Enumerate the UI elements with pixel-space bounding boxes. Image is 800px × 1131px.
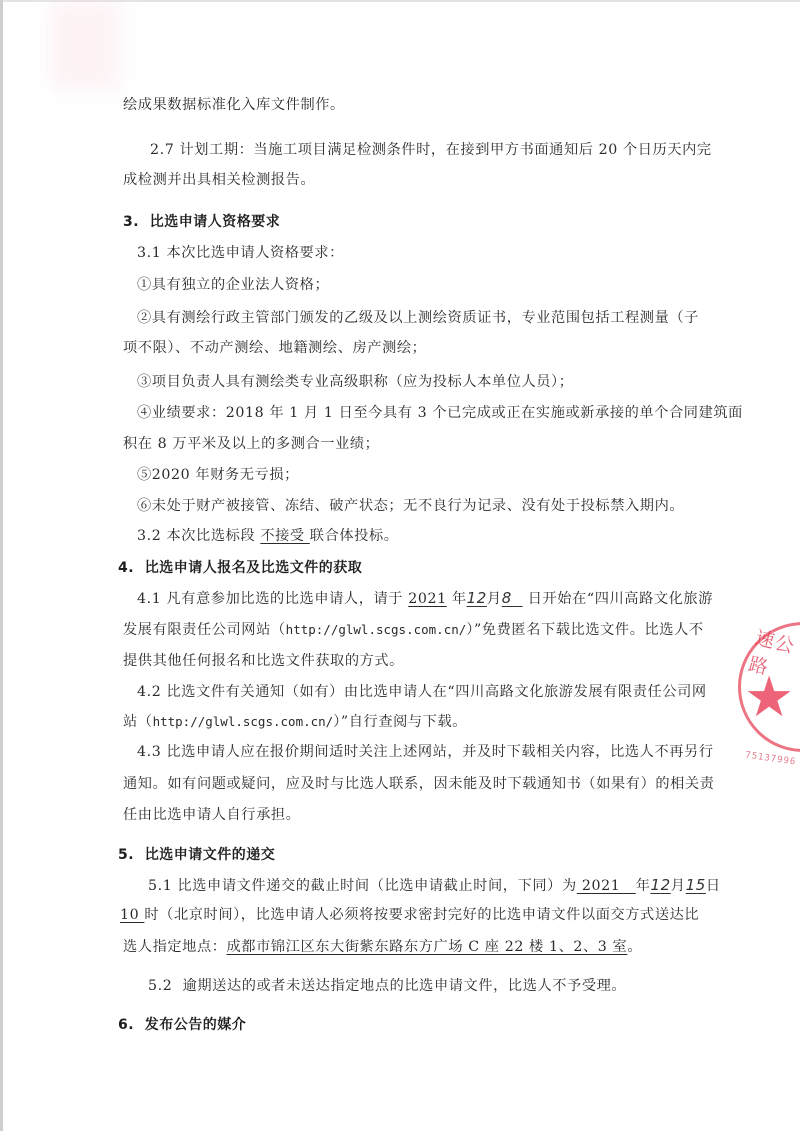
paragraph-3-1: 3.1 本次比选申请人资格要求： — [137, 243, 800, 263]
paragraph-line: 绘成果数据标准化入库文件制作。 — [123, 95, 800, 115]
paragraph-4-2: 4.2 比选文件有关通知（如有）由比选申请人在“四川高路文化旅游发展有限责任公司… — [137, 682, 800, 702]
paragraph-4-1-cont: 提供其他任何报名和比选文件获取的方式。 — [123, 651, 800, 671]
requirement-item-4-cont: 积在 8 万平米及以上的多测合一业绩； — [123, 434, 800, 454]
paragraph-3-2: 3.2 本次比选标段 不接受 联合体投标。 — [137, 526, 800, 546]
paragraph-4-3: 4.3 比选申请人应在报价期间适时关注上述网站，并及时下载相关内容，比选人不再另… — [137, 742, 800, 762]
requirement-item-2-cont: 项不限）、不动产测绘、地籍测绘、房产测绘； — [123, 338, 800, 358]
paragraph-5-1-cont: 选人指定地点：成都市锦江区东大街紫东路东方广场 C 座 22 楼 1、2、3 室… — [123, 937, 800, 957]
requirement-item-3: ③项目负责人具有测绘类专业高级职称（应为投标人本单位人员）； — [137, 372, 800, 392]
deadline-month-handwritten: 12 — [651, 876, 671, 894]
paragraph-line: 成检测并出具相关检测报告。 — [123, 170, 800, 190]
requirement-item-2: ②具有测绘行政主管部门颁发的乙级及以上测绘资质证书，专业范围包括工程测量（子 — [137, 308, 800, 328]
website-url: http://glwl.scgs.com.cn/ — [153, 714, 334, 729]
start-day-handwritten: 8 — [502, 589, 523, 607]
paragraph-4-2-cont: 站（http://glwl.scgs.com.cn/）”自行查阅与下载。 — [123, 712, 800, 732]
requirement-item-5: ⑤2020 年财务无亏损； — [137, 465, 800, 485]
consortium-fill: 不接受 — [260, 528, 309, 544]
submission-address: 成都市锦江区东大街紫东路东方广场 C 座 22 楼 1、2、3 室 — [227, 939, 628, 955]
page-edge-left — [0, 0, 3, 1131]
seal-star-icon: ★ — [744, 670, 794, 726]
website-url: http://glwl.scgs.com.cn/ — [286, 622, 467, 637]
section-5-heading: 5. 比选申请文件的递交 — [118, 845, 800, 865]
bleed-through-mark — [50, 0, 120, 90]
requirement-item-6: ⑥未处于财产被接管、冻结、破产状态；无不良行为记录、没有处于投标禁入期内。 — [137, 496, 800, 516]
paragraph-4-3-cont: 通知。如有问题或疑问，应及时与比选人联系，因未能及时下载通知书（如果有）的相关责 — [123, 774, 800, 794]
section-3-heading: 3. 比选申请人资格要求 — [123, 212, 800, 232]
deadline-year-fill: 2021 — [577, 878, 636, 894]
deadline-hour-fill: 10 — [120, 907, 144, 923]
paragraph-2-7: 2.7 计划工期：当施工项目满足检测条件时，在接到甲方书面通知后 20 个日历天… — [150, 140, 800, 160]
deadline-day-handwritten: 15 — [686, 876, 706, 894]
requirement-item-4: ④业绩要求：2018 年 1 月 1 日至今具有 3 个已完成或正在实施或新承接… — [137, 403, 800, 423]
start-year-fill: 2021 — [408, 591, 447, 607]
start-month-handwritten: 12 — [467, 589, 487, 607]
paragraph-5-1-cont: 10 时（北京时间），比选申请人必须将按要求密封完好的比选申请文件以面交方式送达… — [120, 905, 800, 925]
section-6-heading: 6. 发布公告的媒介 — [118, 1015, 800, 1035]
paragraph-4-1: 4.1 凡有意参加比选的比选申请人，请于 2021 年12月8 日开始在“四川高… — [137, 588, 800, 609]
requirement-item-1: ①具有独立的企业法人资格； — [137, 275, 800, 295]
section-4-heading: 4. 比选申请人报名及比选文件的获取 — [118, 558, 800, 578]
paragraph-4-1-cont: 发展有限责任公司网站（http://glwl.scgs.com.cn/）”免费匿… — [123, 620, 800, 640]
paragraph-5-1: 5.1 比选申请文件递交的截止时间（比选申请截止时间，下同）为 2021 年12… — [148, 875, 800, 896]
paragraph-5-2: 5.2 逾期送达的或者未送达指定地点的比选申请文件，比选人不予受理。 — [148, 976, 800, 996]
page-edge-top — [0, 0, 800, 2]
paragraph-4-3-cont: 任由比选申请人自行承担。 — [123, 805, 800, 825]
